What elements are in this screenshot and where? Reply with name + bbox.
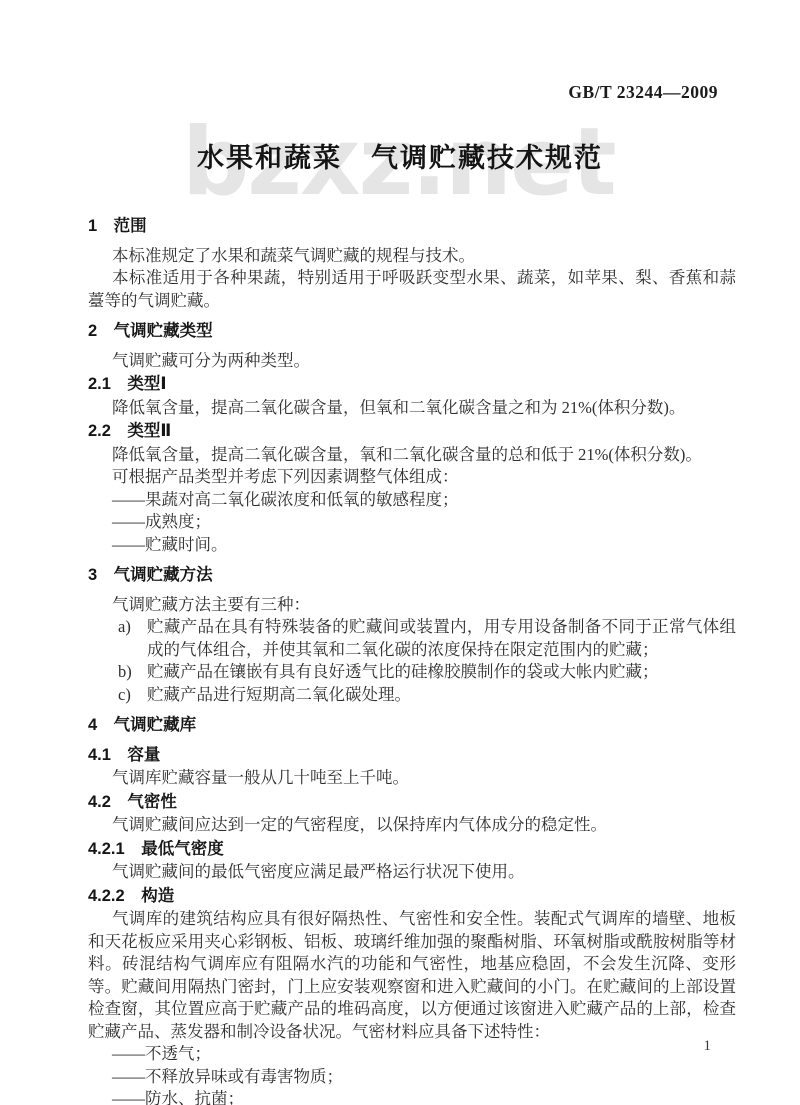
paragraph: 气调贮藏可分为两种类型。 [88, 350, 736, 373]
document-page: bzxz.net GB/T 23244—2009 水果和蔬菜 气调贮藏技术规范 … [0, 0, 800, 1105]
dash-list-item: ——不释放异味或有毒害物质； [88, 1066, 736, 1089]
dash-list-item: ——果蔬对高二氧化碳浓度和低氧的敏感程度； [88, 489, 736, 512]
subsection-heading-4-2-1: 4.2.1 最低气密度 [88, 838, 736, 861]
list-item-text: 贮藏产品在具有特殊装备的贮藏间或装置内，用专用设备制备不同于正常气体组成的气体组… [147, 616, 736, 661]
dash-list-item: ——成熟度； [88, 511, 736, 534]
paragraph: 降低氧含量，提高二氧化碳含量，氧和二氧化碳含量的总和低于 21%(体积分数)。 [88, 444, 736, 467]
paragraph: 气调贮藏方法主要有三种： [88, 594, 736, 617]
page-number: 1 [704, 1038, 712, 1055]
lettered-list-item-c: c) 贮藏产品进行短期高二氧化碳处理。 [118, 684, 736, 707]
subsection-heading-2-2: 2.2 类型Ⅱ [88, 420, 736, 443]
lettered-list-item-b: b) 贮藏产品在镶嵌有具有良好透气比的硅橡胶膜制作的袋或大帐内贮藏； [118, 661, 736, 684]
page-title: 水果和蔬菜 气调贮藏技术规范 [0, 136, 800, 175]
section-heading-3: 3 气调贮藏方法 [88, 564, 736, 587]
paragraph: 本标准规定了水果和蔬菜气调贮藏的规程与技术。 [88, 245, 736, 268]
paragraph: 气调贮藏间的最低气密度应满足最严格运行状况下使用。 [88, 861, 736, 884]
paragraph: 本标准适用于各种果蔬，特别适用于呼吸跃变型水果、蔬菜，如苹果、梨、香蕉和蒜薹等的… [88, 267, 736, 312]
list-item-label: c) [118, 684, 147, 707]
paragraph: 气调贮藏间应达到一定的气密程度，以保持库内气体成分的稳定性。 [88, 814, 736, 837]
list-item-label: b) [118, 661, 147, 684]
subsection-heading-4-2-2: 4.2.2 构造 [88, 885, 736, 908]
list-item-text: 贮藏产品在镶嵌有具有良好透气比的硅橡胶膜制作的袋或大帐内贮藏； [147, 661, 736, 684]
paragraph: 可根据产品类型并考虑下列因素调整气体组成： [88, 466, 736, 489]
paragraph: 降低氧含量，提高二氧化碳含量，但氧和二氧化碳含量之和为 21%(体积分数)。 [88, 397, 736, 420]
paragraph: 气调库贮藏容量一般从几十吨至上千吨。 [88, 767, 736, 790]
list-item-text: 贮藏产品进行短期高二氧化碳处理。 [147, 684, 736, 707]
section-heading-1: 1 范围 [88, 215, 736, 238]
subsection-heading-2-1: 2.1 类型Ⅰ [88, 373, 736, 396]
section-heading-4: 4 气调贮藏库 [88, 714, 736, 737]
dash-list-item: ——防水、抗菌； [88, 1088, 736, 1105]
dash-list-item: ——不透气； [88, 1043, 736, 1066]
section-heading-2: 2 气调贮藏类型 [88, 320, 736, 343]
standard-code: GB/T 23244—2009 [568, 82, 718, 103]
paragraph: 气调库的建筑结构应具有很好隔热性、气密性和安全性。装配式气调库的墙壁、地板和天花… [88, 908, 736, 1043]
subsection-heading-4-2: 4.2 气密性 [88, 791, 736, 814]
subsection-heading-4-1: 4.1 容量 [88, 744, 736, 767]
lettered-list-item-a: a) 贮藏产品在具有特殊装备的贮藏间或装置内，用专用设备制备不同于正常气体组成的… [118, 616, 736, 661]
document-body: 1 范围 本标准规定了水果和蔬菜气调贮藏的规程与技术。 本标准适用于各种果蔬，特… [88, 215, 736, 1105]
list-item-label: a) [118, 616, 147, 661]
dash-list-item: ——贮藏时间。 [88, 534, 736, 557]
